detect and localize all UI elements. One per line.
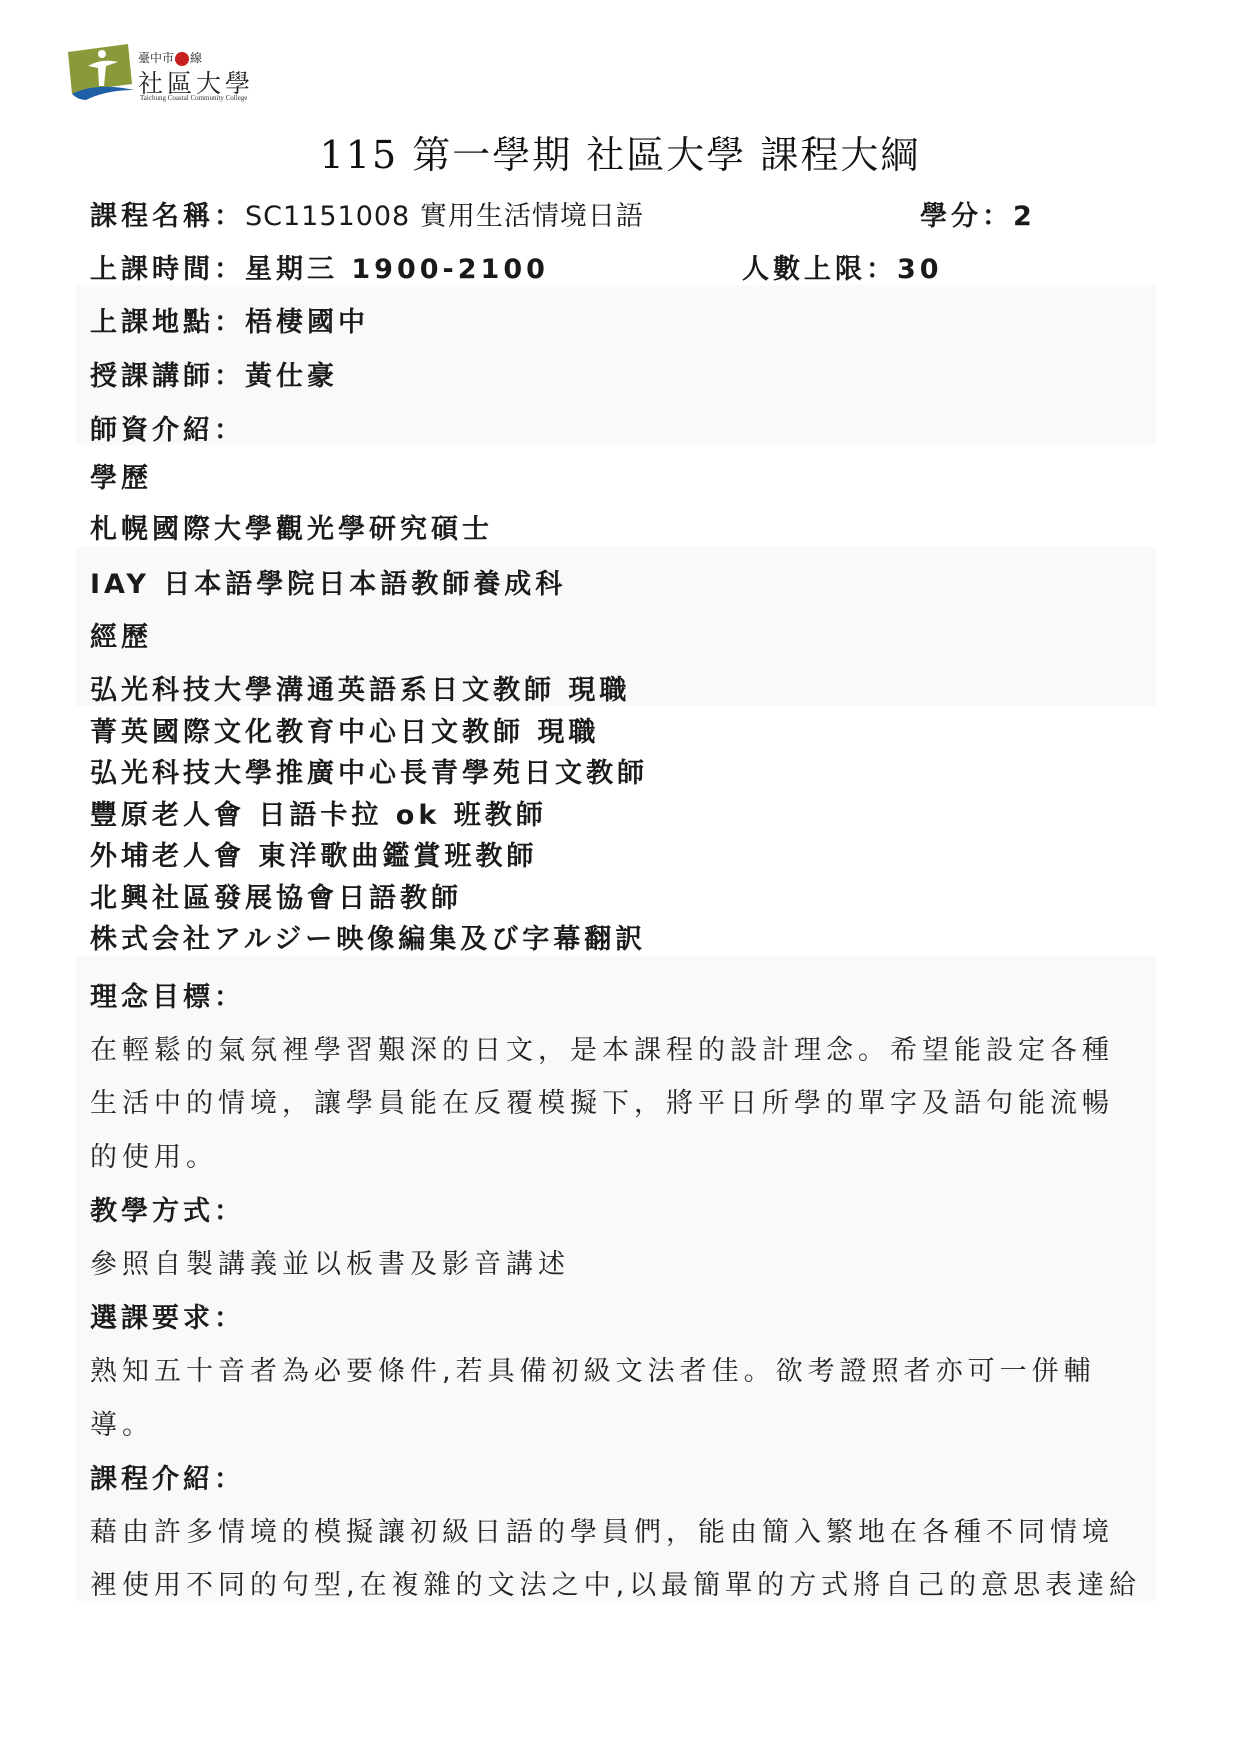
class-time-label: 上課時間： (90, 254, 245, 285)
bio-label: 師資介紹： (90, 408, 245, 447)
experience-item: 北興社區發展協會日語教師 (90, 876, 462, 915)
class-time-field: 上課時間：星期三 1900-2100 (90, 247, 549, 286)
requirements-text-line: 熟知五十音者為必要條件,若具備初級文法者佳。欲考證照者亦可一併輔 (90, 1349, 1096, 1388)
capacity-value: 30 (897, 254, 943, 285)
experience-item: 株式会社アルジー映像編集及び字幕翻訳 (90, 917, 646, 956)
credits-field: 學分：2 (920, 194, 1036, 233)
intro-label: 課程介紹： (90, 1457, 245, 1496)
goals-text-line: 的使用。 (90, 1135, 218, 1174)
experience-item: 弘光科技大學溝通英語系日文教師 現職 (90, 668, 630, 707)
education-item: IAY 日本語學院日本語教師養成科 (90, 562, 566, 601)
page-title: 115 第一學期 社區大學 課程大綱 (0, 124, 1240, 179)
goals-text-line: 生活中的情境，讓學員能在反覆模擬下，將平日所學的單字及語句能流暢 (90, 1081, 1114, 1120)
intro-text-line: 藉由許多情境的模擬讓初級日語的學員們，能由簡入繁地在各種不同情境 (90, 1510, 1114, 1549)
requirements-text-line: 導。 (90, 1403, 154, 1442)
instructor-value: 黃仕豪 (245, 361, 338, 392)
capacity-field: 人數上限：30 (742, 247, 943, 286)
college-logo: 臺中市線 社區大學 Taichung Coastal Community Col… (66, 44, 266, 106)
experience-item: 豐原老人會 日語卡拉 ok 班教師 (90, 793, 547, 832)
education-heading: 學歷 (90, 456, 152, 495)
instructor-field: 授課講師：黃仕豪 (90, 354, 338, 393)
requirements-label: 選課要求： (90, 1296, 245, 1335)
goals-label: 理念目標： (90, 975, 245, 1014)
goals-text-line: 在輕鬆的氣氛裡學習艱深的日文，是本課程的設計理念。希望能設定各種 (90, 1028, 1114, 1067)
instructor-label: 授課講師： (90, 361, 245, 392)
credits-label: 學分： (920, 201, 1013, 232)
education-item: 札幌國際大學觀光學研究碩士 (90, 507, 493, 546)
book-person-logo-icon (66, 44, 136, 102)
credits-value: 2 (1013, 201, 1036, 232)
capacity-label: 人數上限： (742, 254, 897, 285)
logo-english-text: Taichung Coastal Community College (140, 94, 247, 102)
experience-item: 菁英國際文化教育中心日文教師 現職 (90, 710, 599, 749)
experience-item: 外埔老人會 東洋歌曲鑑賞班教師 (90, 834, 537, 873)
location-label: 上課地點： (90, 307, 245, 338)
location-value: 梧棲國中 (245, 307, 369, 338)
method-text-line: 參照自製講義並以板書及影音講述 (90, 1242, 570, 1281)
method-label: 教學方式： (90, 1189, 245, 1228)
experience-heading: 經歷 (90, 615, 152, 654)
course-name-value: SC1151008 實用生活情境日語 (245, 201, 644, 232)
course-name-field: 課程名稱：SC1151008 實用生活情境日語 (90, 194, 644, 233)
location-field: 上課地點：梧棲國中 (90, 300, 369, 339)
experience-item: 弘光科技大學推廣中心長青學苑日文教師 (90, 751, 648, 790)
intro-text-line: 裡使用不同的句型,在複雜的文法之中,以最簡單的方式將自己的意思表達給 (90, 1563, 1141, 1602)
class-time-value: 星期三 1900-2100 (245, 254, 549, 285)
course-name-label: 課程名稱： (90, 201, 245, 232)
